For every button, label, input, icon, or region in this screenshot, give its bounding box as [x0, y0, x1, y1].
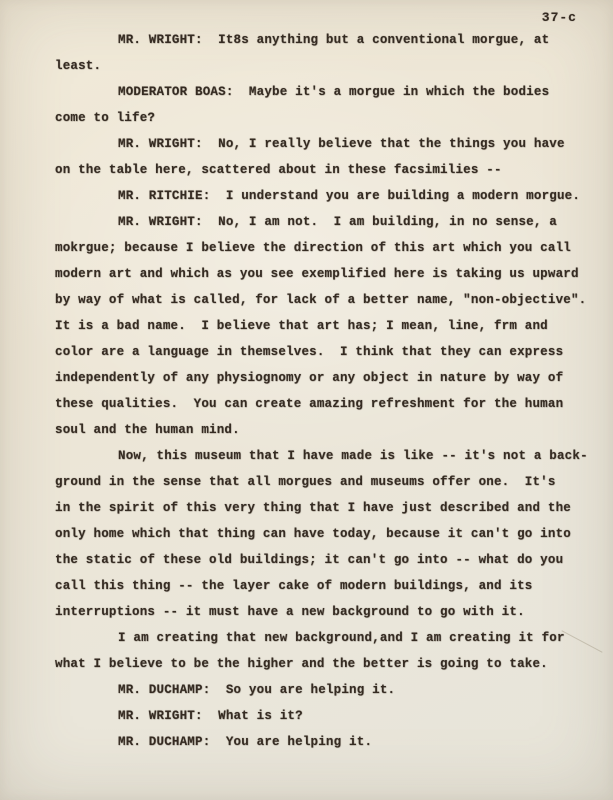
transcript-line: only home which that thing can have toda… — [55, 521, 599, 547]
transcript-line: MR. WRIGHT: It8s anything but a conventi… — [55, 27, 599, 53]
document-page: 37-c MR. WRIGHT: It8s anything but a con… — [0, 0, 613, 800]
transcript-line: MR. WRIGHT: What is it? — [55, 703, 599, 729]
transcript-line: soul and the human mind. — [55, 417, 599, 443]
transcript-line: MR. DUCHAMP: So you are helping it. — [55, 677, 599, 703]
transcript-line: color are a language in themselves. I th… — [55, 339, 599, 365]
transcript-line: call this thing -- the layer cake of mod… — [55, 573, 599, 599]
transcript-line: MR. WRIGHT: No, I really believe that th… — [55, 131, 599, 157]
transcript-line: in the spirit of this very thing that I … — [55, 495, 599, 521]
transcript-line: MR. RITCHIE: I understand you are buildi… — [55, 183, 599, 209]
transcript-line: ground in the sense that all morgues and… — [55, 469, 599, 495]
transcript-line: interruptions -- it must have a new back… — [55, 599, 599, 625]
transcript-line: MR. WRIGHT: No, I am not. I am building,… — [55, 209, 599, 235]
transcript-line: by way of what is called, for lack of a … — [55, 287, 599, 313]
transcript-line: these qualities. You can create amazing … — [55, 391, 599, 417]
transcript-content: MR. WRIGHT: It8s anything but a conventi… — [55, 27, 599, 755]
transcript-line: modern art and which as you see exemplif… — [55, 261, 599, 287]
transcript-line: mokrgue; because I believe the direction… — [55, 235, 599, 261]
transcript-line: what I believe to be the higher and the … — [55, 651, 599, 677]
transcript-line: MODERATOR BOAS: Maybe it's a morgue in w… — [55, 79, 599, 105]
transcript-line: on the table here, scattered about in th… — [55, 157, 599, 183]
transcript-line: least. — [55, 53, 599, 79]
page-number: 37-c — [542, 10, 577, 25]
transcript-line: I am creating that new background,and I … — [55, 625, 599, 651]
transcript-line: the static of these old buildings; it ca… — [55, 547, 599, 573]
transcript-line: It is a bad name. I believe that art has… — [55, 313, 599, 339]
transcript-line: independently of any physiognomy or any … — [55, 365, 599, 391]
transcript-line: come to life? — [55, 105, 599, 131]
transcript-line: MR. DUCHAMP: You are helping it. — [55, 729, 599, 755]
transcript-line: Now, this museum that I have made is lik… — [55, 443, 599, 469]
